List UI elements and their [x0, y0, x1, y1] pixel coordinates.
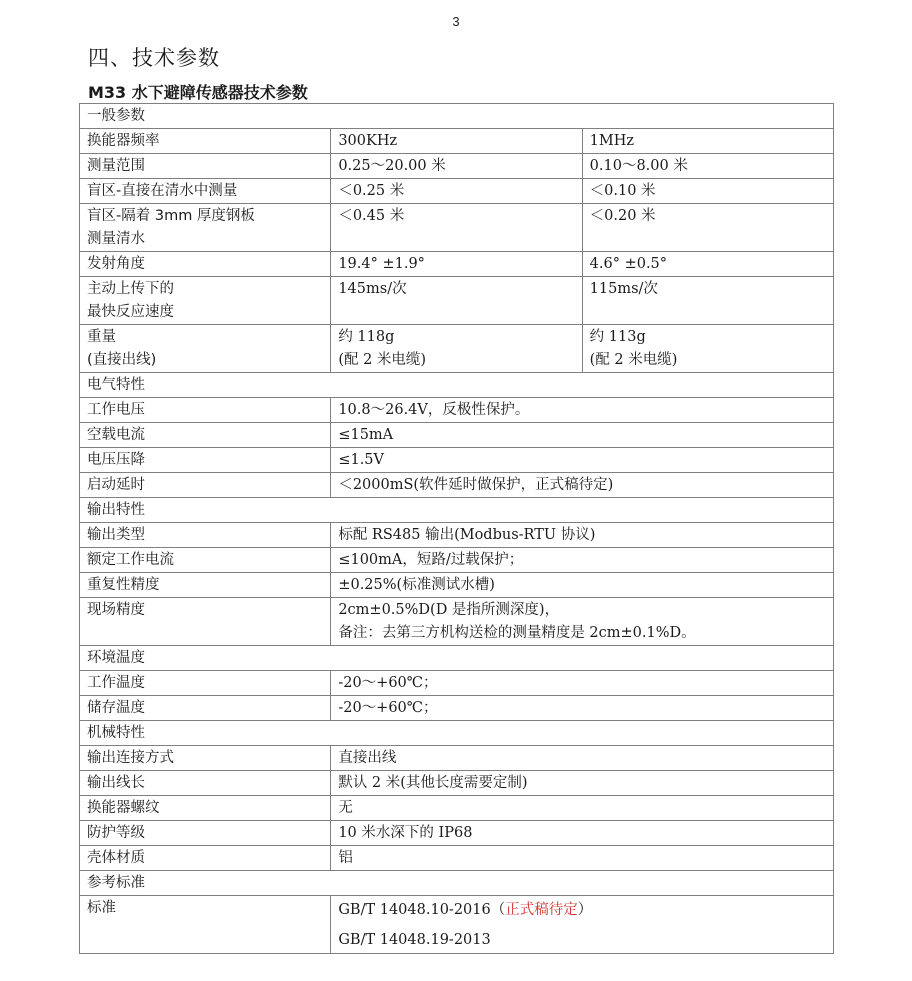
table-row: 现场精度 2cm±0.5%D(D 是指所测深度)， 备注：去第三方机构送检的测量…: [80, 598, 834, 646]
param-label: 重复性精度: [80, 573, 331, 598]
value-300khz: ＜0.25 米: [331, 179, 582, 204]
standard-line: GB/T 14048.19-2013: [338, 929, 826, 952]
section-row-environment: 环境温度: [80, 646, 834, 671]
param-value: GB/T 14048.10-2016（正式稿待定） GB/T 14048.19-…: [331, 896, 834, 954]
table-row: 主动上传下的 最快反应速度 145ms/次 115ms/次: [80, 277, 834, 325]
label-line: 测量清水: [87, 228, 323, 251]
standard-code: GB/T 14048.10-2016: [338, 902, 490, 918]
value-line: 约 118g: [338, 326, 574, 349]
section-header: 电气特性: [80, 373, 834, 398]
table-row: 输出类型 标配 RS485 输出(Modbus-RTU 协议): [80, 523, 834, 548]
label-line: 重量: [87, 326, 323, 349]
param-value: 直接出线: [331, 746, 834, 771]
param-value: 标配 RS485 输出(Modbus-RTU 协议): [331, 523, 834, 548]
param-label: 额定工作电流: [80, 548, 331, 573]
paren-open: （: [491, 902, 506, 918]
param-value: 10 米水深下的 IP68: [331, 821, 834, 846]
standard-line: GB/T 14048.10-2016（正式稿待定）: [338, 899, 826, 922]
table-title: M33 水下避障传感器技术参数: [88, 80, 308, 103]
value-1mhz: ＜0.10 米: [582, 179, 833, 204]
param-value: -20～+60℃；: [331, 696, 834, 721]
table-row: 盲区-直接在清水中测量 ＜0.25 米 ＜0.10 米: [80, 179, 834, 204]
section-row-electrical: 电气特性: [80, 373, 834, 398]
param-label: 发射角度: [80, 252, 331, 277]
param-value: ≤100mA，短路/过载保护；: [331, 548, 834, 573]
table-row: 重量 (直接出线) 约 118g (配 2 米电缆) 约 113g (配 2 米…: [80, 325, 834, 373]
value-300khz: 145ms/次: [331, 277, 582, 325]
table-row: 储存温度 -20～+60℃；: [80, 696, 834, 721]
table-row: 测量范围 0.25～20.00 米 0.10～8.00 米: [80, 154, 834, 179]
table-row: 输出连接方式 直接出线: [80, 746, 834, 771]
param-label: 工作电压: [80, 398, 331, 423]
param-label: 盲区-隔着 3mm 厚度钢板 测量清水: [80, 204, 331, 252]
value-1mhz: 0.10～8.00 米: [582, 154, 833, 179]
param-label: 测量范围: [80, 154, 331, 179]
value-300khz: 19.4° ±1.9°: [331, 252, 582, 277]
table-row: 重复性精度 ±0.25%(标准测试水槽): [80, 573, 834, 598]
page-number: 3: [0, 14, 912, 29]
param-value: 铝: [331, 846, 834, 871]
table-row: 空载电流 ≤15mA: [80, 423, 834, 448]
param-value: ≤1.5V: [331, 448, 834, 473]
param-label: 主动上传下的 最快反应速度: [80, 277, 331, 325]
param-value: 10.8～26.4V，反极性保护。: [331, 398, 834, 423]
label-line: (直接出线): [87, 349, 323, 372]
param-value: ±0.25%(标准测试水槽): [331, 573, 834, 598]
value-line: (配 2 米电缆): [590, 349, 826, 372]
table-row: 发射角度 19.4° ±1.9° 4.6° ±0.5°: [80, 252, 834, 277]
section-row-output: 输出特性: [80, 498, 834, 523]
param-label: 启动延时: [80, 473, 331, 498]
param-value: 默认 2 米(其他长度需要定制): [331, 771, 834, 796]
table-row: 标准 GB/T 14048.10-2016（正式稿待定） GB/T 14048.…: [80, 896, 834, 954]
value-300khz: 0.25～20.00 米: [331, 154, 582, 179]
param-value: 无: [331, 796, 834, 821]
value-1mhz: ＜0.20 米: [582, 204, 833, 252]
param-value: -20～+60℃；: [331, 671, 834, 696]
table-row: 工作温度 -20～+60℃；: [80, 671, 834, 696]
value-1mhz: 115ms/次: [582, 277, 833, 325]
section-row-general: 一般参数: [80, 104, 834, 129]
section-header: 环境温度: [80, 646, 834, 671]
param-label: 换能器频率: [80, 129, 331, 154]
spec-table: 一般参数 换能器频率 300KHz 1MHz 测量范围 0.25～20.00 米…: [79, 103, 834, 954]
param-value: 2cm±0.5%D(D 是指所测深度)， 备注：去第三方机构送检的测量精度是 2…: [331, 598, 834, 646]
paren-close: ）: [578, 902, 593, 918]
label-line: 最快反应速度: [87, 301, 323, 324]
param-label: 工作温度: [80, 671, 331, 696]
pending-note: 正式稿待定: [505, 902, 578, 918]
value-1mhz: 约 113g (配 2 米电缆): [582, 325, 833, 373]
value-note: 备注：去第三方机构送检的测量精度是 2cm±0.1%D。: [338, 622, 826, 645]
param-label: 输出线长: [80, 771, 331, 796]
section-header: 参考标准: [80, 871, 834, 896]
table-row: 电压压降 ≤1.5V: [80, 448, 834, 473]
table-row: 换能器频率 300KHz 1MHz: [80, 129, 834, 154]
standard-code: GB/T 14048.19-2013: [338, 932, 490, 948]
value-line: 2cm±0.5%D(D 是指所测深度)，: [338, 599, 826, 622]
table-row: 额定工作电流 ≤100mA，短路/过载保护；: [80, 548, 834, 573]
table-row: 防护等级 10 米水深下的 IP68: [80, 821, 834, 846]
table-row: 输出线长 默认 2 米(其他长度需要定制): [80, 771, 834, 796]
section-row-mechanical: 机械特性: [80, 721, 834, 746]
value-1mhz: 4.6° ±0.5°: [582, 252, 833, 277]
section-row-standards: 参考标准: [80, 871, 834, 896]
section-header: 输出特性: [80, 498, 834, 523]
param-label: 输出连接方式: [80, 746, 331, 771]
param-value: ＜2000mS(软件延时做保护，正式稿待定): [331, 473, 834, 498]
label-line: 主动上传下的: [87, 278, 323, 301]
label-line: 盲区-隔着 3mm 厚度钢板: [87, 205, 323, 228]
param-label: 换能器螺纹: [80, 796, 331, 821]
table-row: 盲区-隔着 3mm 厚度钢板 测量清水 ＜0.45 米 ＜0.20 米: [80, 204, 834, 252]
value-300khz: 300KHz: [331, 129, 582, 154]
param-label: 盲区-直接在清水中测量: [80, 179, 331, 204]
param-label: 空载电流: [80, 423, 331, 448]
section-header: 一般参数: [80, 104, 834, 129]
value-300khz: 约 118g (配 2 米电缆): [331, 325, 582, 373]
table-row: 壳体材质 铝: [80, 846, 834, 871]
param-label: 输出类型: [80, 523, 331, 548]
table-row: 换能器螺纹 无: [80, 796, 834, 821]
param-label: 重量 (直接出线): [80, 325, 331, 373]
param-label: 标准: [80, 896, 331, 954]
value-line: 约 113g: [590, 326, 826, 349]
table-row: 工作电压 10.8～26.4V，反极性保护。: [80, 398, 834, 423]
value-1mhz: 1MHz: [582, 129, 833, 154]
param-label: 储存温度: [80, 696, 331, 721]
param-label: 现场精度: [80, 598, 331, 646]
table-row: 启动延时 ＜2000mS(软件延时做保护，正式稿待定): [80, 473, 834, 498]
value-300khz: ＜0.45 米: [331, 204, 582, 252]
param-label: 壳体材质: [80, 846, 331, 871]
param-label: 电压压降: [80, 448, 331, 473]
param-value: ≤15mA: [331, 423, 834, 448]
value-line: (配 2 米电缆): [338, 349, 574, 372]
section-header: 机械特性: [80, 721, 834, 746]
section-title: 四、技术参数: [88, 42, 220, 72]
param-label: 防护等级: [80, 821, 331, 846]
